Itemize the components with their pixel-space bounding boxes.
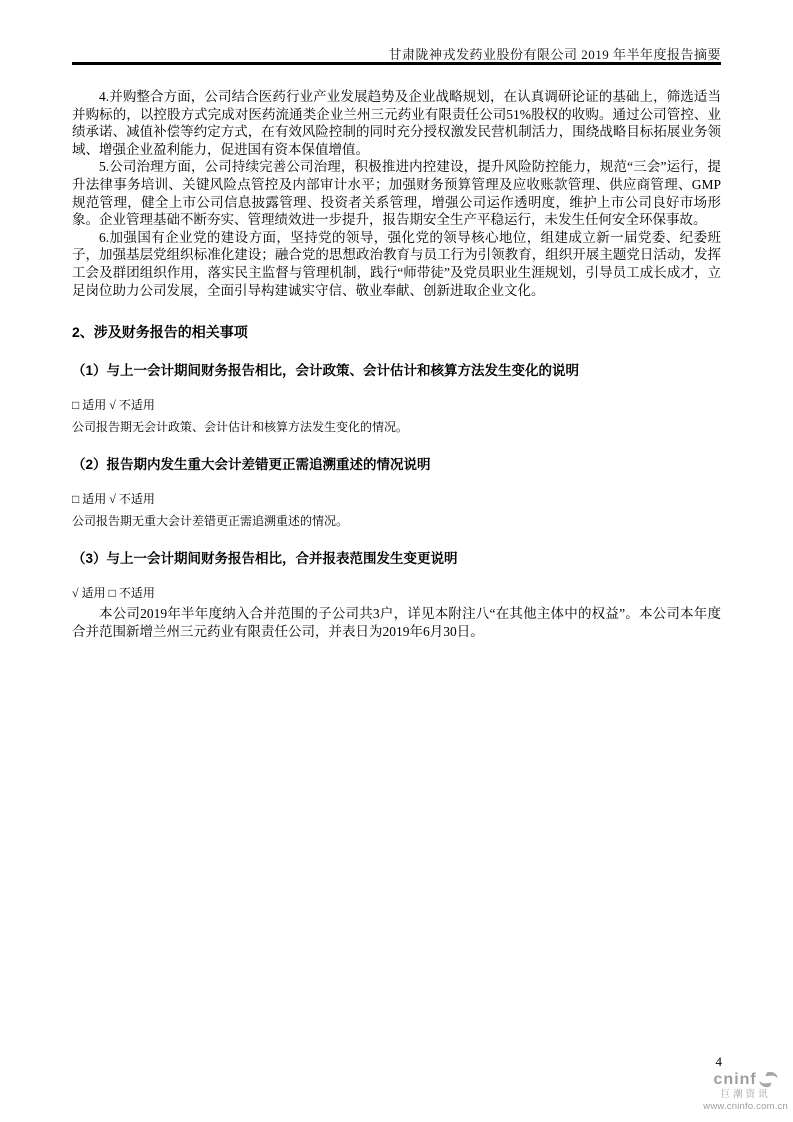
cninfo-logo-subtitle: 巨潮资讯 [721, 1090, 771, 1100]
cninfo-logo-url: www.cninfo.com.cn [703, 1102, 788, 1112]
item-2-applicability: □ 适用 √ 不适用 [72, 491, 721, 507]
section-2-title: 2、涉及财务报告的相关事项 [72, 323, 721, 341]
header-rule [72, 62, 721, 65]
item-3-applicability: √ 适用 □ 不适用 [72, 585, 721, 601]
header-title: 甘肃陇神戎发药业股份有限公司 2019 年半年度报告摘要 [388, 47, 721, 62]
paragraph-corporate-governance: 5.公司治理方面，公司持续完善公司治理，积极推进内控建设，提升风险防控能力，规范… [72, 158, 721, 228]
cninfo-logo: cninf 巨潮资讯 www.cninfo.com.cn [703, 1071, 788, 1112]
page-header: 甘肃陇神戎发药业股份有限公司 2019 年半年度报告摘要 [72, 44, 721, 63]
paragraph-merger-integration: 4.并购整合方面，公司结合医药行业产业发展趋势及企业战略规划，在认真调研论证的基… [72, 88, 721, 158]
item-3-heading: （3）与上一会计期间财务报告相比，合并报表范围发生变更说明 [72, 550, 721, 568]
item-1-note: 公司报告期无会计政策、会计估计和核算方法发生变化的情况。 [72, 419, 721, 435]
cninfo-swirl-icon [759, 1071, 778, 1088]
item-2-note: 公司报告期无重大会计差错更正需追溯重述的情况。 [72, 513, 721, 529]
item-1-applicability: □ 适用 √ 不适用 [72, 397, 721, 413]
cninfo-logo-row: cninf [714, 1071, 778, 1089]
paragraph-party-building: 6.加强国有企业党的建设方面，坚持党的领导，强化党的领导核心地位，组建成立新一届… [72, 229, 721, 299]
item-1-heading: （1）与上一会计期间财务报告相比，会计政策、会计估计和核算方法发生变化的说明 [72, 362, 721, 380]
page-content: 4.并购整合方面，公司结合医药行业产业发展趋势及企业战略规划，在认真调研论证的基… [72, 88, 721, 640]
document-page: 甘肃陇神戎发药业股份有限公司 2019 年半年度报告摘要 4.并购整合方面，公司… [0, 0, 793, 1122]
item-2-heading: （2）报告期内发生重大会计差错更正需追溯重述的情况说明 [72, 456, 721, 474]
cninfo-logo-text: cninf [714, 1071, 757, 1089]
item-3-note: 本公司2019年半年度纳入合并范围的子公司共3户，详见本附注八“在其他主体中的权… [72, 605, 721, 640]
page-number: 4 [716, 1054, 723, 1070]
